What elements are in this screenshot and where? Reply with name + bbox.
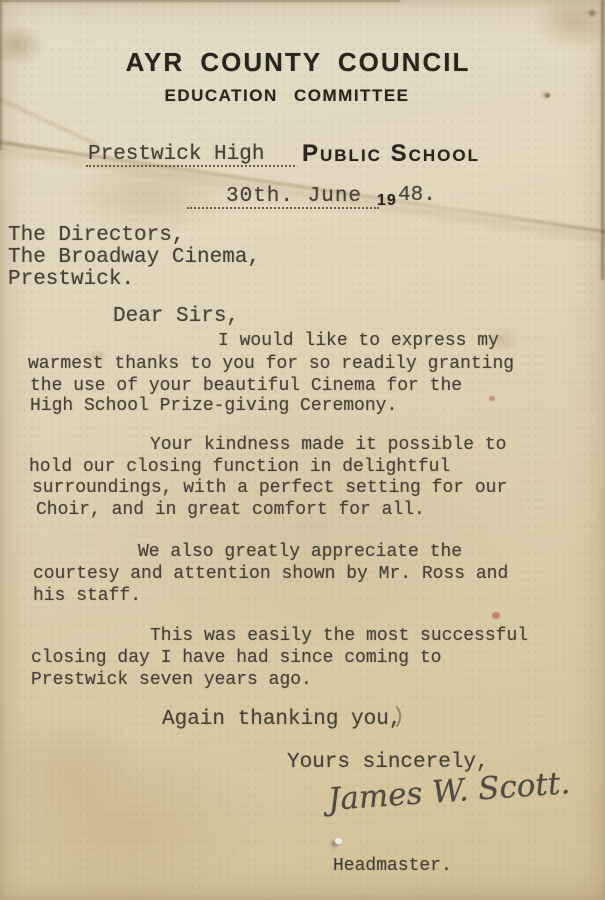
body-line: Your kindness made it possible to (150, 435, 506, 455)
body-line: the use of your beautiful Cinema for the (30, 376, 462, 396)
committee-heading: EDUCATION COMMITTEE (0, 86, 574, 106)
scan-edge-top (0, 0, 400, 2)
letter-scan: AYR COUNTY COUNCIL EDUCATION COMMITTEE P… (0, 0, 605, 900)
red-stain-speck (492, 612, 500, 619)
body-line: courtesy and attention shown by Mr. Ross… (33, 564, 508, 584)
scan-edge-left (0, 0, 2, 150)
salutation: Dear Sirs, (113, 306, 239, 328)
school-label-printed: Public School (302, 140, 480, 168)
body-line: surroundings, with a perfect setting for… (32, 478, 507, 498)
signer-title: Headmaster. (333, 856, 452, 876)
paper-chip-speck (335, 838, 342, 844)
body-line: I would like to express my (218, 331, 499, 351)
body-line: Prestwick seven years ago. (31, 670, 312, 690)
body-line: This was easily the most successful (150, 626, 528, 646)
red-stain-speck (489, 396, 495, 401)
body-line: his staff. (33, 586, 141, 606)
year-prefix-printed: 19 (377, 192, 397, 210)
date-typed: 30th. June (226, 186, 362, 208)
body-line: High School Prize-giving Ceremony. (30, 396, 397, 416)
council-heading: AYR COUNTY COUNCIL (4, 47, 592, 78)
body-line: hold our closing function in delightful (29, 457, 450, 477)
year-typed: 48. (398, 185, 436, 207)
recipient-line: Prestwick. (8, 269, 134, 291)
recipient-line: The Broadway Cinema, (8, 247, 260, 269)
valediction: Yours sincerely, (287, 752, 489, 774)
body-line: warmest thanks to you for so readily gra… (28, 354, 514, 374)
school-name-typed: Prestwick High (88, 144, 264, 166)
scan-edge-right (601, 0, 604, 280)
closing-thanks-line: Again thanking you, (162, 709, 401, 731)
stray-typewriter-mark: ) (392, 707, 405, 729)
body-line: closing day I have had since coming to (31, 648, 441, 668)
body-line: We also greatly appreciate the (138, 542, 462, 562)
recipient-line: The Directors, (8, 225, 184, 247)
body-line: Choir, and in great comfort for all. (36, 500, 425, 520)
